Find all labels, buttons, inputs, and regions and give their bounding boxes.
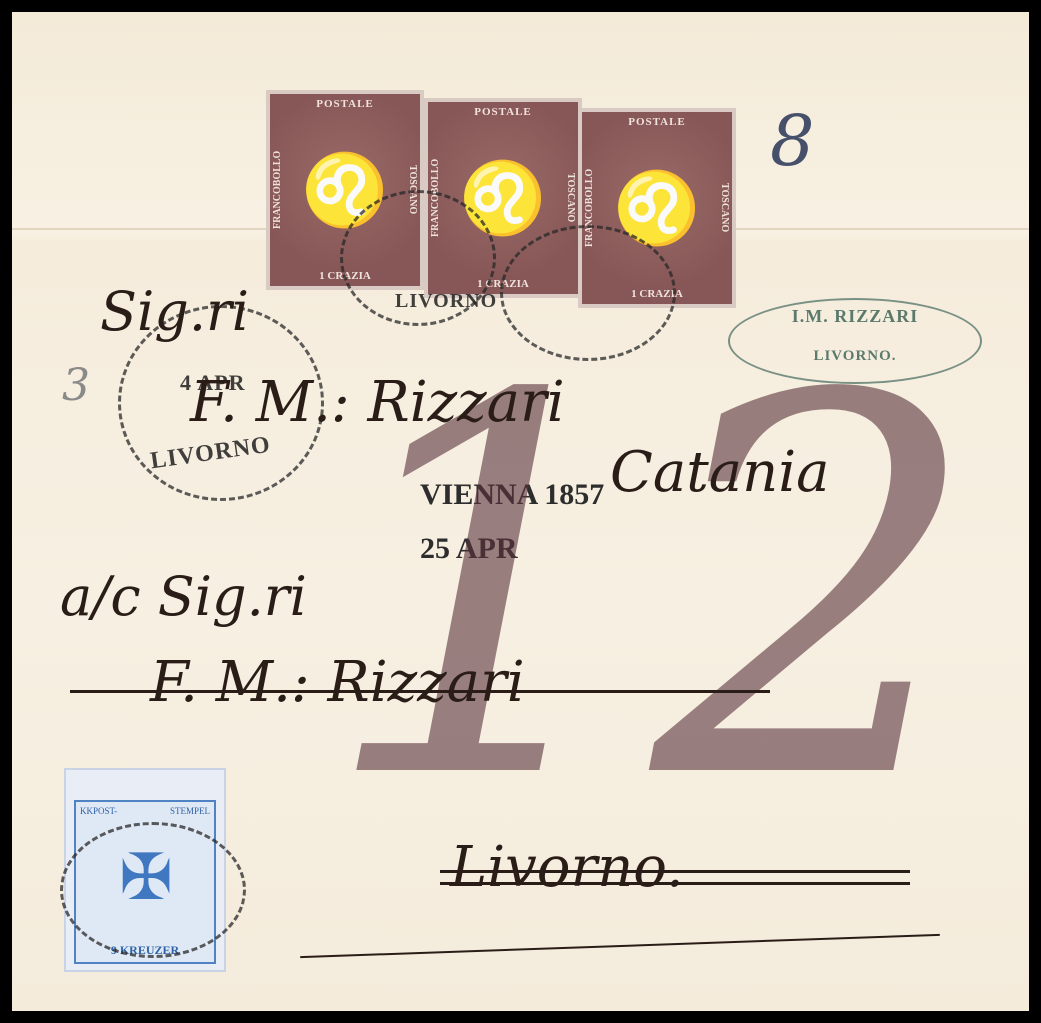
stamp-top-right: STEMPEL [170,806,210,816]
strike-line [440,882,910,885]
stamp-top-labels: KKPOST- STEMPEL [80,806,210,816]
stamp-top-label: POSTALE [600,116,714,128]
stamp-left-label: FRANCOBOLLO [272,118,286,262]
stamp-top-left: KKPOST- [80,806,117,816]
corner-mark: 8 [770,100,815,182]
stamp-top-label: POSTALE [288,98,402,110]
struck-name: F. M.: Rizzari [150,650,525,715]
struck-city: Livorno. [450,835,684,900]
strike-line [70,690,770,693]
rate-mark: 3 [62,360,90,411]
austria-cancel [60,822,246,958]
stamp-top-label: POSTALE [446,106,560,118]
destination-city: Catania [610,440,830,505]
salutation: Sig.ri [100,280,249,343]
addressee-name: F. M.: Rizzari [190,370,565,435]
stamp-right-label: TOSCANO [716,136,730,280]
forward-salutation: a/c Sig.ri [60,565,307,628]
strike-line [440,870,910,873]
